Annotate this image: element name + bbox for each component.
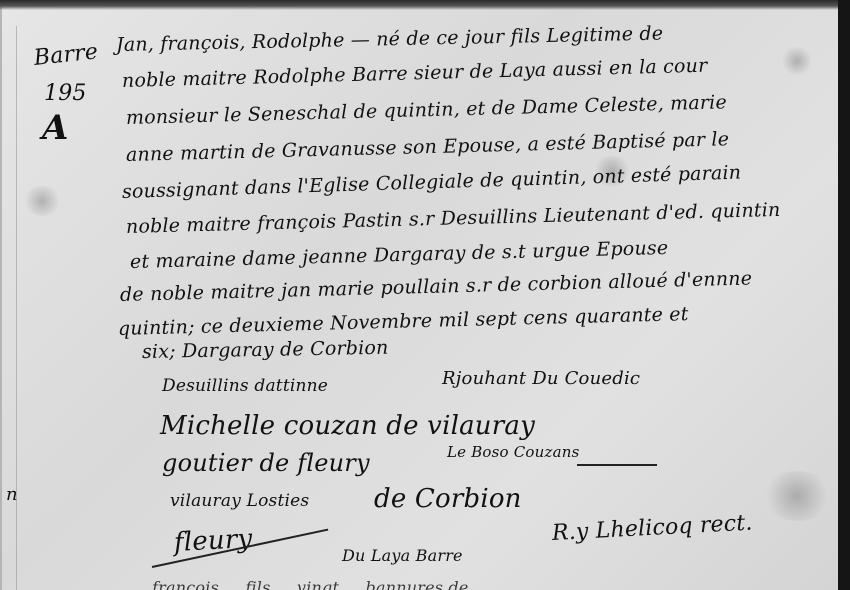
record-line-7: et maraine dame jeanne Dargaray de s.t u… [130, 237, 669, 273]
record-line-8: de noble maitre jan marie poullain s.r d… [120, 267, 753, 306]
margin-name: Barre [33, 39, 100, 71]
signature: R.y Lhelicoq rect. [551, 511, 753, 546]
record-line-9: quintin; ce deuxieme Novembre mil sept c… [118, 303, 689, 340]
margin-rule [16, 26, 17, 590]
signature: Du Laya Barre [342, 546, 463, 565]
record-line-4: anne martin de Gravanusse son Epouse, a … [126, 128, 730, 166]
signature: goutier de fleury [162, 449, 370, 477]
record-line-2: noble maitre Rodolphe Barre sieur de Lay… [122, 55, 708, 92]
ink-stain [22, 186, 62, 216]
record-line-1: Jan, françois, Rodolphe — né de ce jour … [116, 23, 664, 56]
signature: de Corbion [374, 484, 522, 514]
scan-top-edge [0, 0, 850, 10]
signature-flourish [577, 464, 657, 466]
next-entry-partial-line: françois ... fils ... vingt ... bannures… [152, 578, 469, 590]
manuscript-page: Barre 195 A n Jan, françois, Rodolphe — … [0, 6, 840, 590]
margin-letter: A [42, 108, 69, 148]
signature: Le Boso Couzans [447, 443, 580, 461]
signature: Desuillins dattinne [162, 376, 328, 396]
margin-entry-number: 195 [44, 81, 87, 106]
record-line-6: noble maitre françois Pastin s.r Desuill… [126, 199, 781, 238]
margin-lower-mark: n [6, 484, 18, 505]
record-line-5: soussignant dans l'Eglise Collegiale de … [122, 162, 742, 203]
signature: vilauray Losties [170, 491, 309, 511]
signature: Rjouhant Du Couedic [442, 368, 640, 389]
record-line-10: six; Dargaray de Corbion [142, 337, 389, 363]
signature: Michelle couzan de vilauray [160, 411, 535, 441]
ink-stain [782, 46, 812, 76]
ink-stain [762, 471, 832, 521]
scan-right-edge [838, 0, 850, 590]
record-line-3: monsieur le Seneschal de quintin, et de … [126, 91, 727, 129]
